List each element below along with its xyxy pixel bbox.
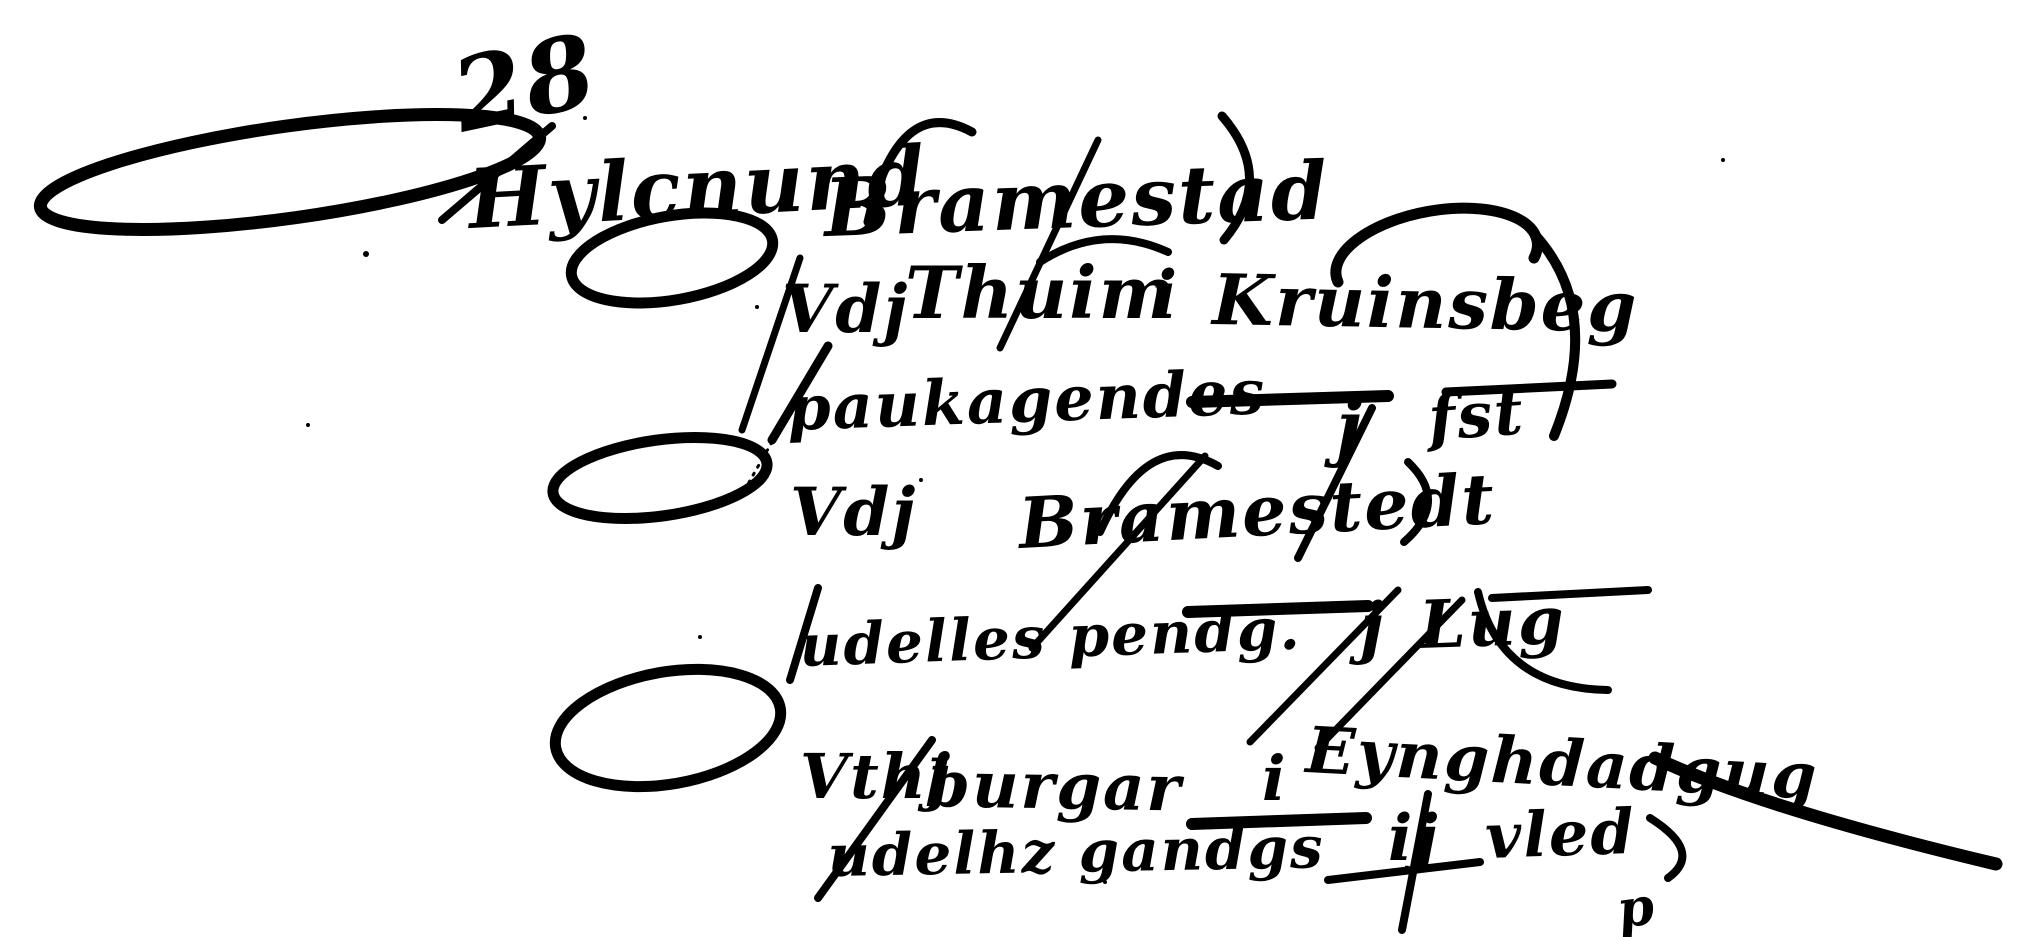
amount-numeral: j: [1349, 588, 1386, 666]
ink-speck: [698, 635, 702, 639]
entry1-word-vdj: Vdj: [782, 270, 909, 348]
leader-dash: [1192, 818, 1366, 824]
ink-speck: [919, 478, 923, 482]
ink-speck: [306, 423, 310, 427]
entry3-word-burgar: burgar: [925, 747, 1185, 827]
entry2-rent-line: udelles pendg. j Lug: [790, 581, 1648, 748]
entry1-word-i: i: [1152, 256, 1179, 334]
manuscript-page: 28 Hylcnund Bramestad Vdj Thuim i Kruins…: [0, 0, 2041, 937]
ink-speck: [1721, 158, 1725, 162]
heading-word-2: Bramestad: [820, 143, 1330, 255]
end-flourish: [1650, 818, 1682, 878]
amount-unit: vled: [1484, 795, 1637, 873]
ink-speck: [1240, 298, 1244, 302]
manuscript-canvas: 28 Hylcnund Bramestad Vdj Thuim i Kruins…: [0, 0, 2041, 937]
entry3-word-i: i: [1262, 742, 1288, 815]
marginal-numeral: 28: [441, 10, 607, 155]
ink-speck: [363, 251, 369, 257]
ink-speck: [755, 305, 759, 309]
tail-sweep-stroke: [1655, 758, 1996, 864]
oval-flourish: [548, 425, 772, 530]
entry2-word-vdj: Vdj: [790, 473, 917, 551]
ink-speck: [1103, 880, 1107, 884]
note-glyph: p: [1613, 875, 1659, 937]
leader-dash: [1188, 606, 1368, 612]
oval-flourish: [546, 653, 790, 803]
ink-speck: [561, 761, 565, 765]
ink-speck: [583, 116, 587, 120]
